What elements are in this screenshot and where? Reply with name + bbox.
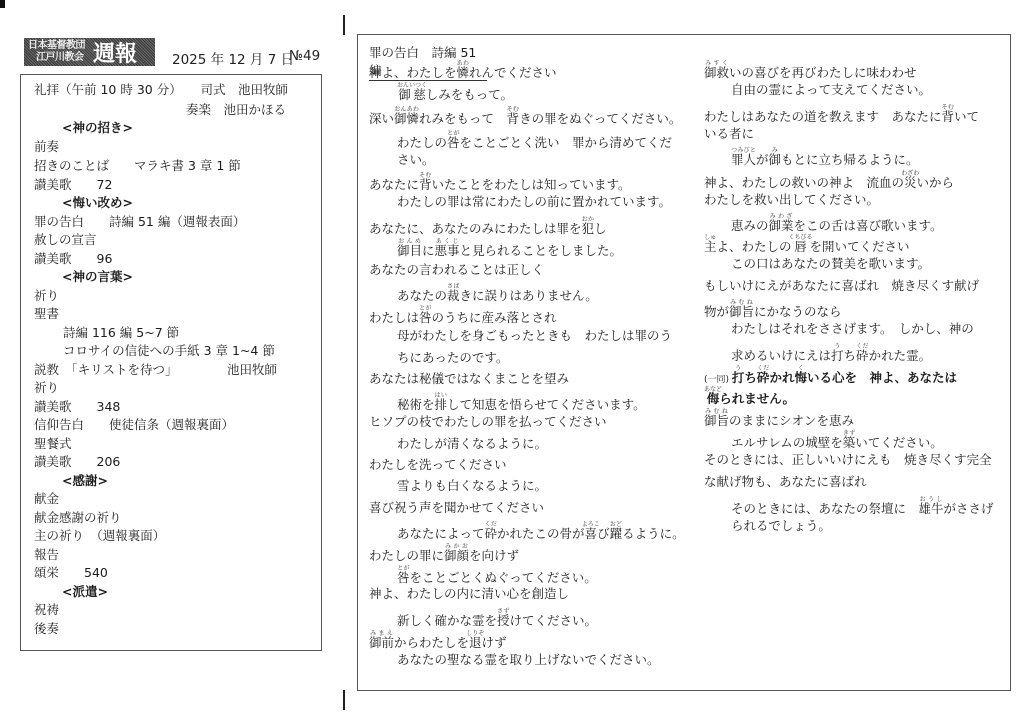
church-label: 江戸川教会 (36, 52, 85, 64)
psalm-verse-line: そのときには、あなたの祭壇に 雄牛おうしがささげ (731, 496, 994, 517)
furigana-word: 喜よろこ (585, 526, 598, 541)
furigana-word: 咎とが (397, 570, 410, 585)
order-item: 讃美歌 206 (34, 454, 120, 470)
psalm-verse-line: あなたの言われることは正しく (369, 262, 544, 278)
psalm-verse-line: 侮あなどられません。 (704, 386, 795, 407)
psalm-verse-line: 母がわたしを身ごもったときも わたしは罪のう (397, 328, 672, 344)
psalm-verse-line: わたしの罪に御顔みかおを向けず (369, 543, 519, 564)
psalm-verse-line: 神よ、わたしの救いの神よ 流血の災わざわいから (704, 170, 954, 191)
psalm-verse-line: さい。 (397, 152, 435, 168)
order-item: 頌栄 540 (34, 565, 108, 581)
order-item: 礼拝（午前 10 時 30 分） 司式 池田牧師 (34, 82, 288, 98)
bulletin-number: №49 (289, 48, 320, 64)
psalm-verse-line: 御前みまえからわたしを退しりぞけず (369, 630, 507, 651)
furigana-word: 咎とが (447, 135, 460, 150)
psalm-verse-line: (一同) 打うち砕くだかれ悔くいる心を 神よ、あなたは (704, 365, 957, 388)
furigana-word: 背そむ (942, 109, 955, 124)
psalm-verse-line: 御救みすくいの喜びを再びわたしに味わわせ (704, 60, 917, 81)
psalm-verse-line: 神よ、わたしを憐あわれんでください (369, 60, 557, 81)
order-item: コロサイの信徒への手紙 3 章 1~4 節 (63, 343, 275, 359)
psalm-verse-line: わたしは咎とがのうちに産み落とされ (369, 305, 557, 326)
psalm-verse-line: 御旨みむねのままにシオンを恵み (704, 408, 854, 429)
furigana-word: 憐あわ (457, 65, 470, 80)
order-item: 聖書 (34, 306, 59, 322)
psalm-verse-line: な献げ物も、あなたに喜ばれ (704, 474, 867, 490)
furigana-word: 唇くちびる (792, 239, 810, 254)
corner-registration-mark (0, 0, 5, 8)
psalm-verse-line: わたしはあなたの道を教えます あなたに背そむいて (704, 104, 979, 125)
congregation-prefix: (一同) (704, 375, 732, 385)
furigana-word: 雄牛おうし (919, 501, 944, 516)
furigana-word: 悔く (794, 370, 807, 385)
psalm-verse-line: あなたは秘儀ではなくまことを望み (369, 371, 569, 387)
furigana-word: 授さず (497, 613, 510, 628)
psalm-verse-line: あなたに、あなたのみにわたしは罪を犯おかし (369, 216, 607, 237)
furigana-word: 犯おか (582, 221, 595, 236)
psalm-verse-line: わたしを洗ってください (369, 457, 507, 473)
order-item: 詩編 116 編 5~7 節 (63, 325, 179, 341)
order-section-heading: <感謝> (62, 473, 108, 489)
furigana-word: 御業みわざ (769, 218, 794, 233)
furigana-word: 躍おど (610, 526, 623, 541)
psalm-verse-line: 秘術を排はいして知恵を悟らせてくださいます。 (397, 392, 646, 413)
order-item: 前奏 (34, 139, 59, 155)
order-item: 罪の告白 詩編 51 編（週報表面） (34, 214, 245, 230)
psalm-verse-line: 自由の霊によって支えてください。 (731, 82, 931, 98)
psalm-verse-line: 御目おんめに悪事あくじと見られることをしました。 (397, 238, 622, 259)
bulletin-title: 週報 (93, 37, 137, 68)
order-item: 報告 (34, 547, 59, 563)
order-item: 赦しの宣言 (34, 232, 97, 248)
order-section-heading: <神の言葉> (62, 269, 133, 285)
order-item: 招きのことば マラキ書 3 章 1 節 (34, 158, 241, 174)
order-item: 信仰告白 使徒信条（週報裏面） (34, 417, 234, 433)
order-item: 献金 (34, 491, 59, 507)
furigana-word: 災わざわ (904, 175, 917, 190)
order-item: 祈り (34, 380, 59, 396)
psalm-verse-line: 求めるいけにえは打うち砕くだかれた霊。 (731, 343, 931, 364)
order-item: 祝祷 (34, 602, 59, 618)
psalm-verse-line: もしいけにえがあなたに喜ばれ 焼き尽くす献げ (704, 278, 979, 294)
furigana-word: 打う (732, 370, 745, 385)
psalm-verse-line: あなたに背そむいたことをわたしは知っています。 (369, 172, 631, 193)
bulletin-title-block: 日本基督教団 江戸川教会 週報 (24, 38, 155, 66)
order-section-heading: <神の招き> (62, 120, 133, 136)
furigana-word: 砕くだ (485, 526, 498, 541)
psalm-verse-line: 恵みの御業みわざをこの舌は喜び歌います。 (731, 213, 943, 234)
furigana-word: 御救みすく (704, 65, 729, 80)
psalm-verse-line: 物が御旨みむねにかなうのなら (704, 299, 842, 320)
furigana-word: 御旨みむね (729, 304, 754, 319)
psalm-verse-line: 雪よりも白くなるように。 (397, 478, 547, 494)
furigana-word: 御顔みかお (444, 548, 469, 563)
denomination-label: 日本基督教団 (28, 40, 85, 52)
psalm-verse-line: わたしが清くなるように。 (397, 436, 547, 452)
order-section-heading: <派遣> (62, 584, 108, 600)
psalm-verse-line: 喜び祝う声を聞かせてください (369, 500, 544, 516)
order-item: 献金感謝の祈り (34, 510, 122, 526)
psalm-verse-line: この口はあなたの賛美を歌います。 (731, 256, 930, 272)
order-item: 祈り (34, 288, 59, 304)
psalm-verse-line: そのときには、正しいいけにえも 焼き尽くす完全 (704, 452, 992, 468)
furigana-word: 御目おんめ (397, 243, 422, 258)
bulletin-date: 2025 年 12 月 7 日 (172, 48, 294, 68)
order-item: 説教 「キリストを待つ」 (34, 362, 178, 378)
order-item: 讃美歌 348 (34, 399, 120, 415)
psalm-verse-line: 主しゅよ、わたしの唇くちびるを開いてください (704, 234, 910, 255)
order-item: 聖餐式 (34, 436, 72, 452)
furigana-word: 背そむ (419, 177, 432, 192)
psalm-verse-line: 罪人つみびとが御みもとに立ち帰るように。 (731, 147, 919, 168)
furigana-word: 築きず (843, 435, 856, 450)
furigana-word: 裁さば (447, 288, 460, 303)
psalm-verse-line: わたしを救い出してください。 (704, 192, 879, 208)
fold-mark-bottom (343, 690, 345, 710)
order-item: 讃美歌 96 (34, 251, 112, 267)
psalm-verse-line: わたしはそれをささげます。 しかし、神の (731, 321, 974, 337)
furigana-word: 砕くだ (757, 370, 770, 385)
psalm-verse-line: ちにあったのです。 (397, 350, 508, 366)
psalm-verse-line: 咎とがをことごとくぬぐってください。 (397, 565, 597, 586)
furigana-word: 主しゅ (704, 239, 717, 254)
furigana-word: 排はい (435, 397, 448, 412)
psalm-verse-line: わたしの咎とがをことごとく洗い 罪から清めてくだ (397, 130, 672, 151)
furigana-word: 御み (769, 152, 782, 167)
furigana-word: 御旨みむね (704, 413, 729, 428)
psalm-verse-line: ヒソプの枝でわたしの罪を払ってください (369, 414, 607, 430)
psalm-verse-line: あなたによって砕くだかれたこの骨が喜よろこび躍おどるように。 (397, 521, 685, 542)
order-item: 奏楽 池田かほる (186, 102, 286, 118)
order-item: 後奏 (34, 621, 59, 637)
furigana-word: 罪人つみびと (731, 152, 756, 167)
furigana-word: 背そむ (507, 111, 520, 126)
furigana-word: 打う (831, 348, 844, 363)
psalm-verse-line: エルサレムの城壁を築きずいてください。 (731, 430, 943, 451)
psalm-verse-line: いる者に (704, 126, 754, 142)
order-section-heading: <悔い改め> (62, 195, 133, 211)
furigana-word: 咎とが (419, 310, 432, 325)
order-item: 主の祈り （週報裏面） (34, 528, 165, 544)
psalm-verse-line: 新しく確かな霊を授さずけてください。 (397, 608, 597, 629)
furigana-word: 御前みまえ (369, 635, 394, 650)
furigana-word: 侮あなど (704, 391, 719, 406)
psalm-verse-line: わたしの罪は常にわたしの前に置かれています。 (397, 194, 671, 210)
furigana-word: 悪事あくじ (435, 243, 460, 258)
church-name: 日本基督教団 江戸川教会 (28, 40, 85, 64)
psalm-verse-line: 深い御憐おんあわれみをもって 背そむきの罪をぬぐってください。 (369, 106, 681, 127)
order-item: 池田牧師 (227, 362, 277, 378)
psalm-verse-line: 神よ、わたしの内に清い心を創造し (369, 586, 569, 602)
furigana-word: 退しりぞ (469, 635, 482, 650)
psalm-verse-line: あなたの裁さばきに誤りはありません。 (397, 283, 598, 304)
psalm-verse-line: 御慈おんいつくしみをもって。 (397, 82, 513, 103)
psalm-verse-line: あなたの聖なる霊を取り上げないでください。 (397, 652, 660, 668)
psalm-verse-line: られるでしょう。 (731, 518, 831, 534)
order-item: 讃美歌 72 (34, 177, 112, 193)
fold-mark-top (343, 15, 345, 35)
furigana-word: 砕くだ (856, 348, 869, 363)
furigana-word: 御慈おんいつく (397, 87, 426, 102)
furigana-word: 御憐おんあわ (394, 111, 419, 126)
